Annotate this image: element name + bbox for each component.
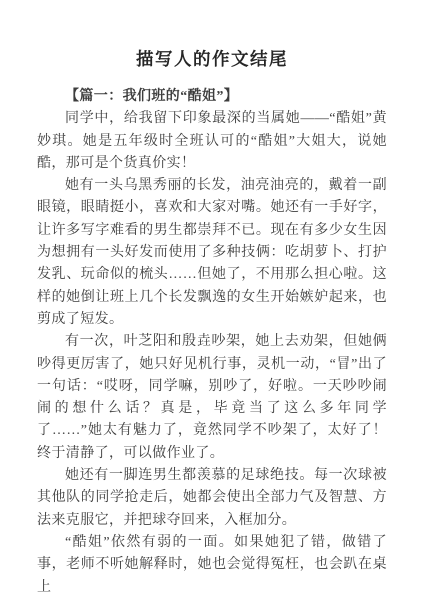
essay-body: 同学中，给我留下印象最深的当属她——“酷姐”黄妙琪。她是五年级时全班认可的“酷姐… [37, 108, 387, 599]
section-heading: 【篇一：我们班的“酷姐”】 [37, 86, 387, 108]
paragraph: 同学中，给我留下印象最深的当属她——“酷姐”黄妙琪。她是五年级时全班认可的“酷姐… [37, 108, 387, 175]
document-page: 描写人的作文结尾 【篇一：我们班的“酷姐”】 同学中，给我留下印象最深的当属她—… [0, 0, 424, 600]
paragraph: “酷姐”依然有弱的一面。如果她犯了错，做错了事，老师不听她解释时，她也会觉得冤枉… [37, 532, 387, 599]
paragraph: 她还有一脚连男生都羡慕的足球绝技。每一次球被其他队的同学抢走后，她都会使出全部力… [37, 465, 387, 532]
paragraph: 她有一头乌黑秀丽的长发，油亮油亮的，戴着一副眼镜，眼睛挺小，喜欢和大家对嘴。她还… [37, 175, 387, 331]
page-title: 描写人的作文结尾 [37, 49, 387, 69]
paragraph: 有一次，叶芝阳和殷垚吵架，她上去劝架，但她俩吵得更厉害了，她只好见机行事，灵机一… [37, 331, 387, 465]
